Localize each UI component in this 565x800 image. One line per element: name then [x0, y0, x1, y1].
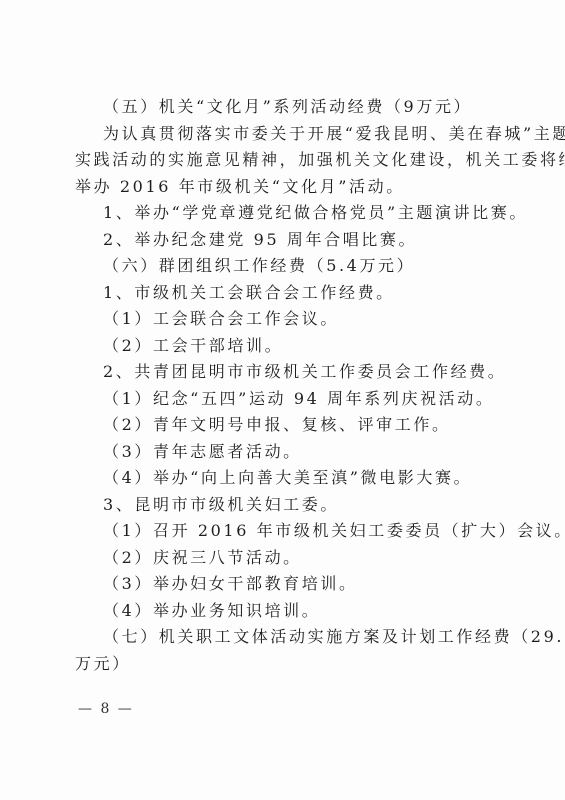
document-page: （五）机关“文化月”系列活动经费（9万元） 为认真贯彻落实市委关于开展“爱我昆明… [0, 0, 565, 800]
paragraph-line: 万元） [75, 651, 495, 678]
paragraph-line: 为认真贯彻落实市委关于开展“爱我昆明、美在春城”主题 [75, 121, 495, 148]
sub-list-item: （1）工会联合会工作会议。 [75, 306, 495, 333]
sub-list-item: （4）举办业务知识培训。 [75, 598, 495, 625]
sub-list-item: （2）工会干部培训。 [75, 333, 495, 360]
page-number: — 8 — [78, 701, 134, 717]
sub-list-item: （1）召开 2016 年市级机关妇工委委员（扩大）会议。 [75, 518, 495, 545]
list-item: 2、共青团昆明市市级机关工作委员会工作经费。 [75, 359, 495, 386]
list-item: 1、举办“学党章遵党纪做合格党员”主题演讲比赛。 [75, 200, 495, 227]
section-heading-6: （六）群团组织工作经费（5.4万元） [75, 253, 495, 280]
paragraph-line: 实践活动的实施意见精神，加强机关文化建设，机关工委将继续 [75, 147, 495, 174]
sub-list-item: （2）庆祝三八节活动。 [75, 545, 495, 572]
section-heading-5: （五）机关“文化月”系列活动经费（9万元） [75, 94, 495, 121]
sub-list-item: （4）举办“向上向善大美至滇”微电影大赛。 [75, 465, 495, 492]
list-item: 3、昆明市市级机关妇工委。 [75, 492, 495, 519]
sub-list-item: （3）青年志愿者活动。 [75, 439, 495, 466]
sub-list-item: （1）纪念“五四”运动 94 周年系列庆祝活动。 [75, 386, 495, 413]
paragraph-line: 举办 2016 年市级机关“文化月”活动。 [75, 174, 495, 201]
list-item: 1、市级机关工会联合会工作经费。 [75, 280, 495, 307]
section-heading-7: （七）机关职工文体活动实施方案及计划工作经费（29.79 [75, 624, 495, 651]
document-body: （五）机关“文化月”系列活动经费（9万元） 为认真贯彻落实市委关于开展“爱我昆明… [75, 94, 495, 677]
sub-list-item: （3）举办妇女干部教育培训。 [75, 571, 495, 598]
list-item: 2、举办纪念建党 95 周年合唱比赛。 [75, 227, 495, 254]
sub-list-item: （2）青年文明号申报、复核、评审工作。 [75, 412, 495, 439]
